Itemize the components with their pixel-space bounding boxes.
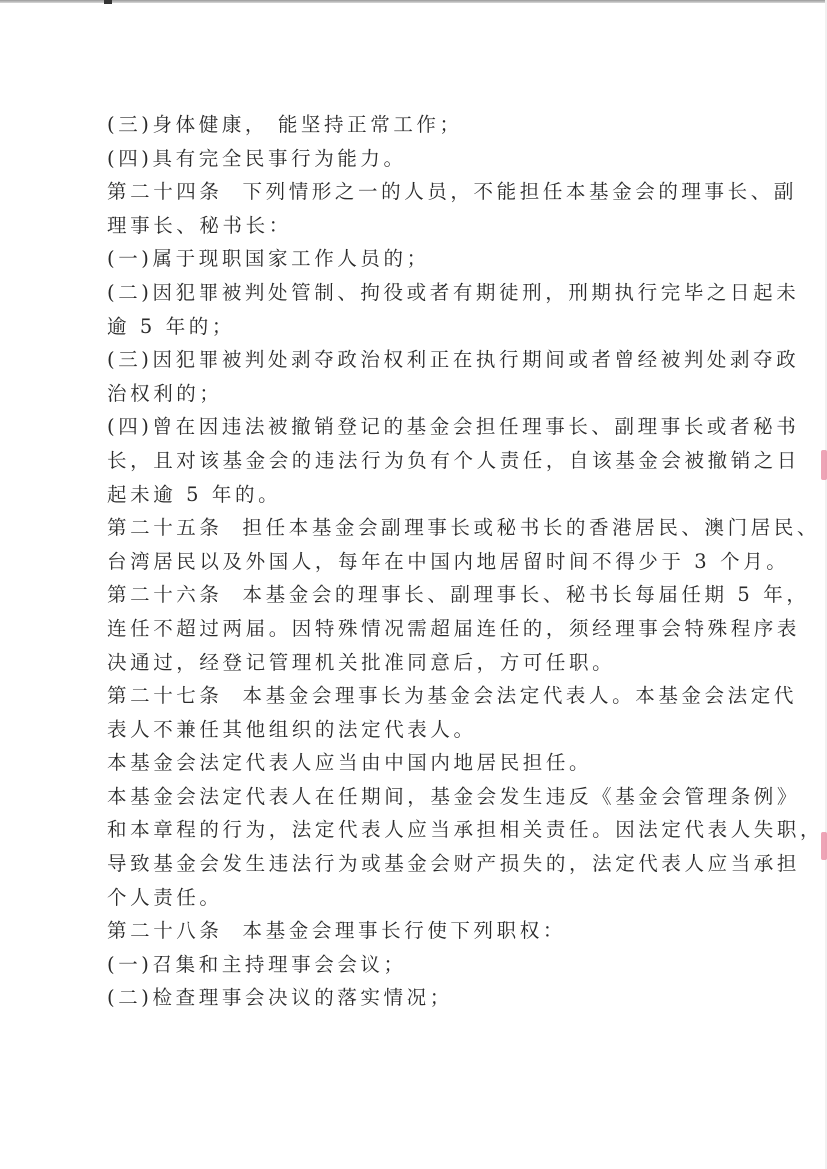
text-line: 长，且对该基金会的违法行为负有个人责任，自该基金会被撤销之日: [107, 444, 737, 478]
article-25: 第二十五条担任本基金会副理事长或秘书长的香港居民、澳门居民、: [107, 511, 737, 545]
list-item: (四)具有完全民事行为能力。: [107, 142, 737, 176]
article-number: 第二十七条: [107, 684, 223, 707]
article-28: 第二十八条本基金会理事长行使下列职权：: [107, 914, 737, 948]
text-line: 决通过，经登记管理机关批准同意后，方可任职。: [107, 646, 737, 680]
binding-mark: [104, 0, 112, 4]
article-number: 第二十五条: [107, 516, 223, 539]
list-item: (四)曾在因违法被撤销登记的基金会担任理事长、副理事长或者秘书: [107, 410, 737, 444]
article-number: 第二十八条: [107, 919, 223, 942]
text-line: 本基金会法定代表人应当由中国内地居民担任。: [107, 746, 737, 780]
text-line: 理事长、秘书长：: [107, 209, 737, 243]
list-item: (二)检查理事会决议的落实情况；: [107, 981, 737, 1015]
list-item: (三)因犯罪被判处剥夺政治权利正在执行期间或者曾经被判处剥夺政: [107, 343, 737, 377]
list-item: (三)身体健康， 能坚持正常工作；: [107, 108, 737, 142]
text-line: 导致基金会发生违法行为或基金会财产损失的，法定代表人应当承担: [107, 847, 737, 881]
text-line: 治权利的；: [107, 377, 737, 411]
list-item: (一)属于现职国家工作人员的；: [107, 242, 737, 276]
list-item: (一)召集和主持理事会会议；: [107, 948, 737, 982]
text-line: 和本章程的行为，法定代表人应当承担相关责任。因法定代表人失职，: [107, 813, 737, 847]
list-item: (二)因犯罪被判处管制、拘役或者有期徒刑，刑期执行完毕之日起未: [107, 276, 737, 310]
text-line: 本基金会法定代表人在任期间，基金会发生违反《基金会管理条例》: [107, 780, 737, 814]
scan-top-edge: [0, 0, 827, 3]
article-26: 第二十六条本基金会的理事长、副理事长、秘书长每届任期 5 年，: [107, 578, 737, 612]
seal-fragment: [821, 450, 827, 480]
document-page: (三)身体健康， 能坚持正常工作； (四)具有完全民事行为能力。 第二十四条下列…: [107, 108, 737, 1015]
article-number: 第二十四条: [107, 180, 223, 203]
text-line: 表人不兼任其他组织的法定代表人。: [107, 713, 737, 747]
text-line: 起未逾 5 年的。: [107, 478, 737, 512]
text-line: 连任不超过两届。因特殊情况需超届连任的，须经理事会特殊程序表: [107, 612, 737, 646]
text-line: 个人责任。: [107, 881, 737, 915]
article-27: 第二十七条本基金会理事长为基金会法定代表人。本基金会法定代: [107, 679, 737, 713]
text-line: 逾 5 年的；: [107, 310, 737, 344]
article-24: 第二十四条下列情形之一的人员，不能担任本基金会的理事长、副: [107, 175, 737, 209]
text-line: 台湾居民以及外国人，每年在中国内地居留时间不得少于 3 个月。: [107, 545, 737, 579]
article-number: 第二十六条: [107, 583, 223, 606]
